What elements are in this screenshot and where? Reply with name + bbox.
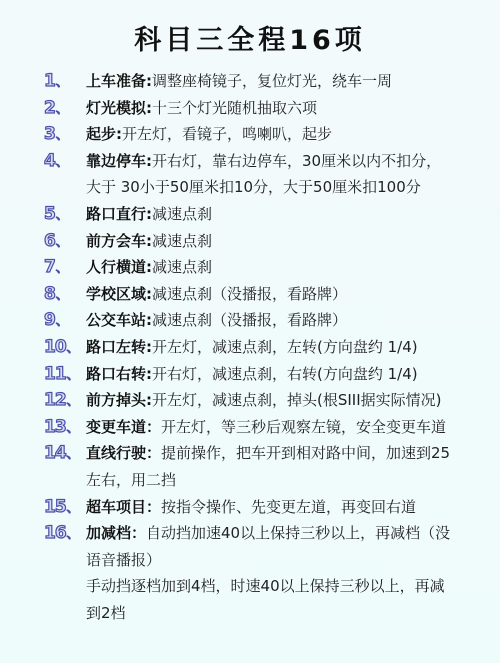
step-desc: 减速点刹（没播报，看路牌） bbox=[152, 285, 347, 303]
step-number: 11、 bbox=[44, 361, 84, 389]
step-desc: 十三个灯光随机抽取六项 bbox=[152, 99, 317, 117]
list-item: 16、加减档：自动挡加速40以上保持三秒以上，再减档（没语音播报）手动挡逐档加到… bbox=[44, 520, 484, 626]
step-desc-continued: 到2档 bbox=[86, 600, 484, 627]
list-item: 8、学校区域:减速点刹（没播报，看路牌） bbox=[44, 281, 484, 308]
step-number: 7、 bbox=[44, 254, 84, 282]
step-number: 12、 bbox=[44, 387, 84, 415]
step-name: 前方掉头: bbox=[86, 391, 152, 409]
list-item: 2、灯光模拟:十三个灯光随机抽取六项 bbox=[44, 95, 484, 122]
step-desc: 减速点刹 bbox=[152, 258, 212, 276]
step-desc: 开左灯，等三秒后观察左镜，安全变更车道 bbox=[161, 418, 446, 436]
list-item: 6、前方会车:减速点刹 bbox=[44, 228, 484, 255]
step-desc-continued: 左右，用二挡 bbox=[86, 467, 484, 494]
step-desc: 提前操作，把车开到相对路中间，加速到25 bbox=[161, 444, 450, 462]
step-desc: 减速点刹 bbox=[152, 232, 212, 250]
step-number: 4、 bbox=[44, 148, 84, 176]
list-item: 10、路口左转:开左灯，减速点刹，左转(方向盘约 1/4) bbox=[44, 334, 484, 361]
list-item: 13、变更车道：开左灯，等三秒后观察左镜，安全变更车道 bbox=[44, 414, 484, 441]
step-name: 路口直行: bbox=[86, 205, 152, 223]
step-name: 公交车站: bbox=[86, 311, 152, 329]
steps-list: 1、上车准备:调整座椅镜子，复位灯光，绕车一周 2、灯光模拟:十三个灯光随机抽取… bbox=[44, 68, 484, 626]
step-desc: 开左灯，看镜子，鸣喇叭，起步 bbox=[122, 125, 332, 143]
step-desc: 开左灯，减速点刹，左转(方向盘约 1/4) bbox=[152, 338, 418, 356]
list-item: 9、公交车站:减速点刹（没播报，看路牌） bbox=[44, 307, 484, 334]
step-number: 6、 bbox=[44, 228, 84, 256]
step-number: 1、 bbox=[44, 68, 84, 96]
step-name: 人行横道: bbox=[86, 258, 152, 276]
list-item: 14、直线行驶：提前操作，把车开到相对路中间，加速到25左右，用二挡 bbox=[44, 440, 484, 493]
step-number: 8、 bbox=[44, 281, 84, 309]
step-desc: 调整座椅镜子，复位灯光，绕车一周 bbox=[152, 72, 392, 90]
list-item: 11、路口右转:开右灯，减速点刹，右转(方向盘约 1/4) bbox=[44, 361, 484, 388]
step-desc: 开左灯，减速点刹，掉头(根SIII据实际情况) bbox=[152, 391, 442, 409]
step-desc-continued: 手动挡逐档加到4档，时速40以上保持三秒以上，再减 bbox=[86, 573, 484, 600]
list-item: 4、靠边停车:开右灯，靠右边停车，30厘米以内不扣分，大于 30小于50厘米扣1… bbox=[44, 148, 484, 201]
document-page: 科目三全程16项 1、上车准备:调整座椅镜子，复位灯光，绕车一周 2、灯光模拟:… bbox=[0, 0, 500, 663]
step-number: 15、 bbox=[44, 494, 84, 522]
step-name: 路口右转: bbox=[86, 365, 152, 383]
list-item: 7、人行横道:减速点刹 bbox=[44, 254, 484, 281]
step-number: 16、 bbox=[44, 520, 84, 548]
step-number: 3、 bbox=[44, 121, 84, 149]
step-number: 9、 bbox=[44, 307, 84, 335]
step-desc: 减速点刹（没播报，看路牌） bbox=[152, 311, 347, 329]
list-item: 15、超车项目：按指令操作、先变更左道，再变回右道 bbox=[44, 494, 484, 521]
step-desc: 减速点刹 bbox=[152, 205, 212, 223]
step-name: 学校区域: bbox=[86, 285, 152, 303]
step-number: 2、 bbox=[44, 95, 84, 123]
step-desc-continued: 语音播报） bbox=[86, 547, 484, 574]
step-name: 前方会车: bbox=[86, 232, 152, 250]
list-item: 3、起步:开左灯，看镜子，鸣喇叭，起步 bbox=[44, 121, 484, 148]
step-desc: 按指令操作、先变更左道，再变回右道 bbox=[161, 498, 416, 516]
step-name: 靠边停车: bbox=[86, 152, 152, 170]
step-desc-continued: 大于 30小于50厘米扣10分，大于50厘米扣100分 bbox=[86, 174, 484, 201]
step-name: 灯光模拟: bbox=[86, 99, 152, 117]
step-desc: 自动挡加速40以上保持三秒以上，再减档（没 bbox=[146, 524, 450, 542]
list-item: 1、上车准备:调整座椅镜子，复位灯光，绕车一周 bbox=[44, 68, 484, 95]
step-number: 5、 bbox=[44, 201, 84, 229]
step-number: 14、 bbox=[44, 440, 84, 468]
step-name: 直线行驶： bbox=[86, 444, 161, 462]
step-name: 变更车道： bbox=[86, 418, 161, 436]
step-name: 上车准备: bbox=[86, 72, 152, 90]
list-item: 5、路口直行:减速点刹 bbox=[44, 201, 484, 228]
step-desc: 开右灯，减速点刹，右转(方向盘约 1/4) bbox=[152, 365, 418, 383]
step-number: 13、 bbox=[44, 414, 84, 442]
list-item: 12、前方掉头:开左灯，减速点刹，掉头(根SIII据实际情况) bbox=[44, 387, 484, 414]
step-name: 起步: bbox=[86, 125, 122, 143]
page-title: 科目三全程16项 bbox=[0, 18, 500, 57]
step-name: 加减档： bbox=[86, 524, 146, 542]
step-number: 10、 bbox=[44, 334, 84, 362]
step-name: 路口左转: bbox=[86, 338, 152, 356]
step-desc: 开右灯，靠右边停车，30厘米以内不扣分， bbox=[152, 152, 441, 170]
step-name: 超车项目： bbox=[86, 498, 161, 516]
